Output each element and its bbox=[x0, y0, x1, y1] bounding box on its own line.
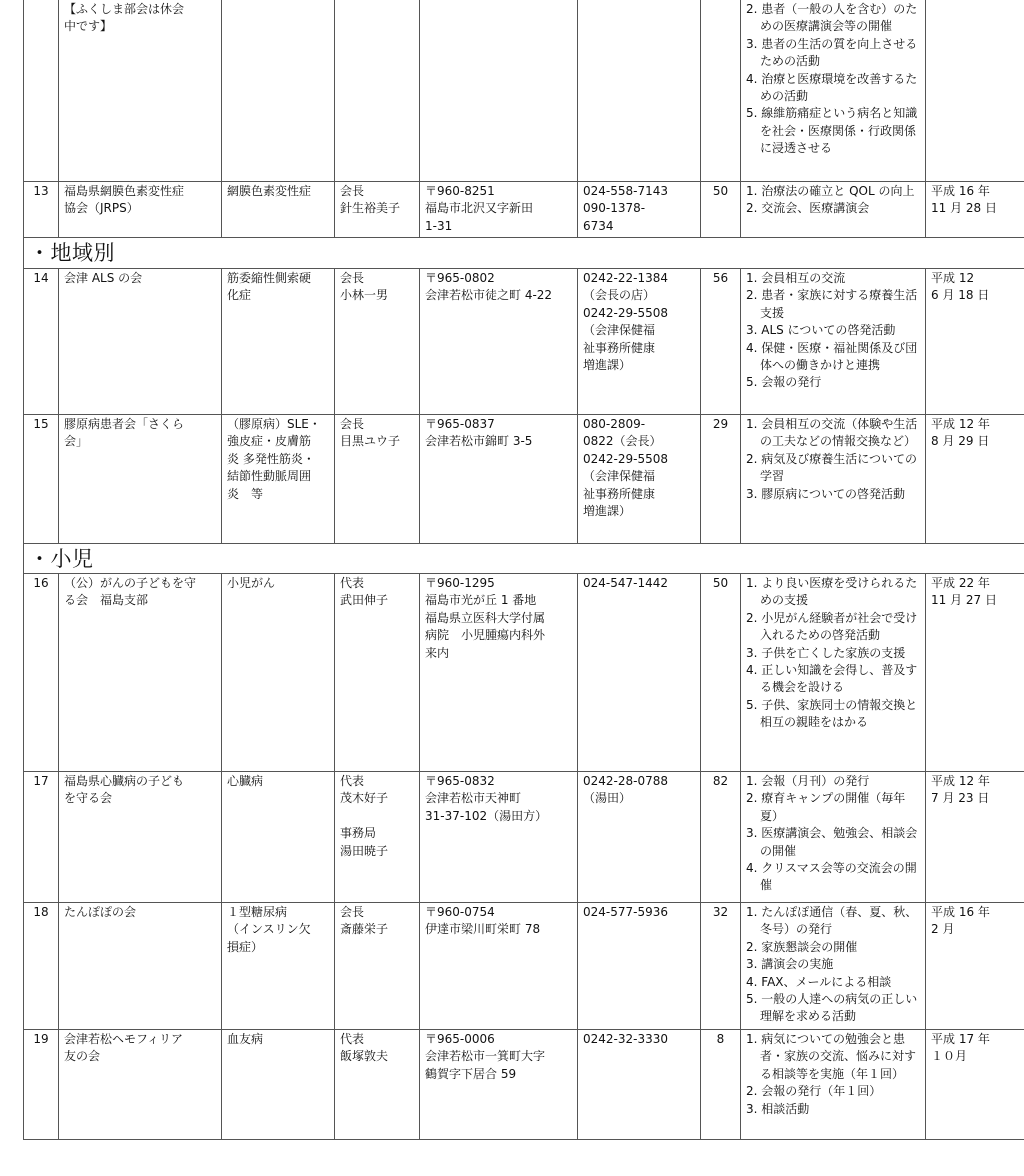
cell-line: 〒960-1295 bbox=[425, 575, 572, 592]
cell-representative: 会長針生裕美子 bbox=[335, 182, 420, 238]
activity-item: 4. 正しい知識を会得し、普及する機会を設ける bbox=[746, 662, 920, 697]
activity-list: 2. 患者（一般の人を含む）のための医療講演会等の開催3. 患者の生活の質を向上… bbox=[746, 1, 920, 158]
cell-disease: （膠原病）SLE・強皮症・皮膚筋炎 多発性筋炎・結節性動脈周囲炎 等 bbox=[222, 415, 335, 544]
cell-activities: 1. 病気についての勉強会と患者・家族の交流、悩みに対する相談等を実施（年１回）… bbox=[741, 1030, 926, 1140]
cell-line: 針生裕美子 bbox=[340, 200, 414, 217]
activity-item: 5. 線維筋痛症という病名と知識を社会・医療関係・行政関係に浸透させる bbox=[746, 105, 920, 157]
cell-line: 福島県網膜色素変性症 bbox=[64, 183, 216, 200]
section-row-region: ・地域別 bbox=[24, 238, 1024, 269]
cell-line: 筋委縮性側索硬 bbox=[227, 270, 329, 287]
cell-line: 膠原病患者会「さくら bbox=[64, 416, 216, 433]
cell-line: 血友病 bbox=[227, 1031, 329, 1048]
cell-association-name: たんぽぽの会 bbox=[59, 903, 222, 1030]
cell-line: 心臓病 bbox=[227, 773, 329, 790]
cell-address bbox=[420, 0, 578, 182]
cell-activities: 2. 患者（一般の人を含む）のための医療講演会等の開催3. 患者の生活の質を向上… bbox=[741, 0, 926, 182]
cell-line: 炎 等 bbox=[227, 486, 329, 503]
cell-line: 会」 bbox=[64, 433, 216, 450]
cell-line: １０月 bbox=[931, 1048, 1024, 1065]
cell-line: 024-547-1442 bbox=[583, 575, 695, 592]
cell-line: 増進課） bbox=[583, 357, 695, 374]
cell-line: 福島県立医科大学付属 bbox=[425, 610, 572, 627]
cell-line: 平成 16 年 bbox=[931, 183, 1024, 200]
cell-representative: 代表飯塚敦夫 bbox=[335, 1030, 420, 1140]
cell-association-name: 福島県網膜色素変性症協会（JRPS） bbox=[59, 182, 222, 238]
cell-association-name: 【ふくしま部会は休会中です】 bbox=[59, 0, 222, 182]
activity-list: 1. 会報（月刊）の発行2. 療育キャンプの開催（毎年夏）3. 医療講演会、勉強… bbox=[746, 773, 920, 895]
section-heading: ・小児 bbox=[24, 544, 1024, 574]
section-row-child: ・小児 bbox=[24, 544, 1024, 574]
cell-line: 友の会 bbox=[64, 1048, 216, 1065]
activity-item: 1. 会報（月刊）の発行 bbox=[746, 773, 920, 790]
activity-item: 1. たんぽぽ通信（春、夏、秋、冬号）の発行 bbox=[746, 904, 920, 939]
cell-disease bbox=[222, 0, 335, 182]
cell-line: 0242-22-1384 bbox=[583, 270, 695, 287]
activity-item: 2. 患者（一般の人を含む）のための医療講演会等の開催 bbox=[746, 1, 920, 36]
cell-line: 湯田暁子 bbox=[340, 843, 414, 860]
cell-line: 小児がん bbox=[227, 575, 329, 592]
cell-line: （インスリン欠 bbox=[227, 921, 329, 938]
activity-item: 1. 会員相互の交流（体験や生活の工夫などの情報交換など） bbox=[746, 416, 920, 451]
cell-address: 〒965-0802会津若松市徒之町 4-22 bbox=[420, 269, 578, 415]
activity-item: 2. 病気及び療養生活についての学習 bbox=[746, 451, 920, 486]
cell-line: 祉事務所健康 bbox=[583, 340, 695, 357]
cell-line: 1-31 bbox=[425, 218, 572, 235]
activity-item: 1. 病気についての勉強会と患者・家族の交流、悩みに対する相談等を実施（年１回） bbox=[746, 1031, 920, 1083]
cell-established-date bbox=[926, 0, 1024, 182]
cell-association-name: 福島県心臓病の子どもを守る会 bbox=[59, 772, 222, 903]
table-row: 15膠原病患者会「さくら会」（膠原病）SLE・強皮症・皮膚筋炎 多発性筋炎・結節… bbox=[24, 415, 1024, 544]
cell-line: 武田伸子 bbox=[340, 592, 414, 609]
cell-number bbox=[24, 0, 59, 182]
cell-disease: 血友病 bbox=[222, 1030, 335, 1140]
cell-line: 斎藤栄子 bbox=[340, 921, 414, 938]
activity-item: 3. 相談活動 bbox=[746, 1101, 920, 1118]
cell-member-count: 32 bbox=[701, 903, 741, 1030]
cell-address: 〒960-1295福島市光が丘 1 番地福島県立医科大学付属病院 小児腫瘍内科外… bbox=[420, 574, 578, 772]
cell-line: 強皮症・皮膚筋 bbox=[227, 433, 329, 450]
cell-line: 〒965-0006 bbox=[425, 1031, 572, 1048]
cell-line: 〒965-0837 bbox=[425, 416, 572, 433]
cell-line: 0822（会長） bbox=[583, 433, 695, 450]
cell-number: 13 bbox=[24, 182, 59, 238]
cell-line: 0242-32-3330 bbox=[583, 1031, 695, 1048]
activity-item: 3. 膠原病についての啓発活動 bbox=[746, 486, 920, 503]
cell-line: 代表 bbox=[340, 773, 414, 790]
cell-line: 8 月 29 日 bbox=[931, 433, 1024, 450]
activity-list: 1. 治療法の確立と QOL の向上2. 交流会、医療講演会 bbox=[746, 183, 920, 218]
cell-line: 7 月 23 日 bbox=[931, 790, 1024, 807]
activity-list: 1. 会員相互の交流（体験や生活の工夫などの情報交換など）2. 病気及び療養生活… bbox=[746, 416, 920, 503]
cell-activities: 1. 会報（月刊）の発行2. 療育キャンプの開催（毎年夏）3. 医療講演会、勉強… bbox=[741, 772, 926, 903]
cell-line: 結節性動脈周囲 bbox=[227, 468, 329, 485]
cell-line: 6 月 18 日 bbox=[931, 287, 1024, 304]
cell-line: 090-1378- bbox=[583, 200, 695, 217]
cell-line: 鶴賀字下居合 59 bbox=[425, 1066, 572, 1083]
cell-line: 会津若松市徒之町 4-22 bbox=[425, 287, 572, 304]
table-body: 【ふくしま部会は休会中です】2. 患者（一般の人を含む）のための医療講演会等の開… bbox=[24, 0, 1024, 1140]
cell-representative: 代表茂木好子事務局湯田暁子 bbox=[335, 772, 420, 903]
table-row: 19会津若松ヘモフィリア友の会血友病代表飯塚敦夫〒965-0006会津若松市一箕… bbox=[24, 1030, 1024, 1140]
cell-line: 会長 bbox=[340, 183, 414, 200]
cell-representative: 会長目黒ユウ子 bbox=[335, 415, 420, 544]
cell-line: 福島市北沢又字新田 bbox=[425, 200, 572, 217]
cell-line: （膠原病）SLE・ bbox=[227, 416, 329, 433]
cell-number: 14 bbox=[24, 269, 59, 415]
cell-line: 024-558-7143 bbox=[583, 183, 695, 200]
cell-address: 〒965-0006会津若松市一箕町大字鶴賀字下居合 59 bbox=[420, 1030, 578, 1140]
activity-item: 4. 治療と医療環境を改善するための活動 bbox=[746, 71, 920, 106]
cell-line: 会津若松市天神町 bbox=[425, 790, 572, 807]
activity-list: 1. 病気についての勉強会と患者・家族の交流、悩みに対する相談等を実施（年１回）… bbox=[746, 1031, 920, 1118]
cell-line: 会長 bbox=[340, 270, 414, 287]
cell-line: （会津保健福 bbox=[583, 468, 695, 485]
cell-line: （湯田） bbox=[583, 790, 695, 807]
cell-number: 16 bbox=[24, 574, 59, 772]
cell-line: 祉事務所健康 bbox=[583, 486, 695, 503]
cell-activities: 1. 会員相互の交流（体験や生活の工夫などの情報交換など）2. 病気及び療養生活… bbox=[741, 415, 926, 544]
cell-association-name: （公）がんの子どもを守る会 福島支部 bbox=[59, 574, 222, 772]
cell-line: 飯塚敦夫 bbox=[340, 1048, 414, 1065]
activity-item: 5. 子供、家族同士の情報交換と相互の親睦をはかる bbox=[746, 697, 920, 732]
cell-line: 【ふくしま部会は休会 bbox=[64, 1, 216, 18]
activity-item: 2. 会報の発行（年１回） bbox=[746, 1083, 920, 1100]
cell-line: 6734 bbox=[583, 218, 695, 235]
cell-disease: １型糖尿病（インスリン欠損症） bbox=[222, 903, 335, 1030]
cell-line: 損症） bbox=[227, 939, 329, 956]
cell-line: 11 月 28 日 bbox=[931, 200, 1024, 217]
activity-item: 1. 会員相互の交流 bbox=[746, 270, 920, 287]
cell-disease: 心臓病 bbox=[222, 772, 335, 903]
cell-member-count: 50 bbox=[701, 574, 741, 772]
cell-representative: 会長斎藤栄子 bbox=[335, 903, 420, 1030]
cell-line: 網膜色素変性症 bbox=[227, 183, 329, 200]
cell-activities: 1. より良い医療を受けられるための支援2. 小児がん経験者が社会で受け入れるた… bbox=[741, 574, 926, 772]
cell-line: 31-37-102（湯田方） bbox=[425, 808, 572, 825]
cell-line: 会津若松ヘモフィリア bbox=[64, 1031, 216, 1048]
cell-line: 〒965-0802 bbox=[425, 270, 572, 287]
cell-line: 事務局 bbox=[340, 825, 414, 842]
cell-line: 平成 12 bbox=[931, 270, 1024, 287]
cell-line: 平成 22 年 bbox=[931, 575, 1024, 592]
cell-line: 化症 bbox=[227, 287, 329, 304]
cell-line: （公）がんの子どもを守 bbox=[64, 575, 216, 592]
cell-member-count: 8 bbox=[701, 1030, 741, 1140]
cell-line: （会津保健福 bbox=[583, 322, 695, 339]
activity-item: 3. 医療講演会、勉強会、相談会の開催 bbox=[746, 825, 920, 860]
section-heading: ・地域別 bbox=[24, 238, 1024, 269]
cell-member-count: 56 bbox=[701, 269, 741, 415]
table-row: 13福島県網膜色素変性症協会（JRPS）網膜色素変性症会長針生裕美子〒960-8… bbox=[24, 182, 1024, 238]
table-row: 16（公）がんの子どもを守る会 福島支部小児がん代表武田伸子〒960-1295福… bbox=[24, 574, 1024, 772]
cell-line: 平成 16 年 bbox=[931, 904, 1024, 921]
cell-disease: 網膜色素変性症 bbox=[222, 182, 335, 238]
patient-association-table: 【ふくしま部会は休会中です】2. 患者（一般の人を含む）のための医療講演会等の開… bbox=[23, 0, 1024, 1140]
cell-established-date: 平成 16 年2 月 bbox=[926, 903, 1024, 1030]
cell-line: 伊達市梁川町栄町 78 bbox=[425, 921, 572, 938]
cell-disease: 筋委縮性側索硬化症 bbox=[222, 269, 335, 415]
cell-line: 会津若松市一箕町大字 bbox=[425, 1048, 572, 1065]
activity-item: 2. 小児がん経験者が社会で受け入れるための啓発活動 bbox=[746, 610, 920, 645]
activity-item: 3. 患者の生活の質を向上させるための活動 bbox=[746, 36, 920, 71]
cell-established-date: 平成 12 年8 月 29 日 bbox=[926, 415, 1024, 544]
activity-list: 1. たんぽぽ通信（春、夏、秋、冬号）の発行2. 家族懇談会の開催3. 講演会の… bbox=[746, 904, 920, 1026]
cell-line: 茂木好子 bbox=[340, 790, 414, 807]
cell-established-date: 平成 12 年7 月 23 日 bbox=[926, 772, 1024, 903]
cell-line: 福島県心臓病の子ども bbox=[64, 773, 216, 790]
cell-line: 会長 bbox=[340, 416, 414, 433]
cell-number: 18 bbox=[24, 903, 59, 1030]
cell-member-count: 29 bbox=[701, 415, 741, 544]
cell-member-count: 50 bbox=[701, 182, 741, 238]
cell-line: 協会（JRPS） bbox=[64, 200, 216, 217]
cell-line: （会長の店） bbox=[583, 287, 695, 304]
activity-item: 4. FAX、メールによる相談 bbox=[746, 974, 920, 991]
cell-line: 来内 bbox=[425, 645, 572, 662]
cell-line: 福島市光が丘 1 番地 bbox=[425, 592, 572, 609]
cell-line bbox=[340, 808, 414, 825]
activity-item: 1. より良い医療を受けられるための支援 bbox=[746, 575, 920, 610]
activity-item: 2. 療育キャンプの開催（毎年夏） bbox=[746, 790, 920, 825]
cell-line: 平成 12 年 bbox=[931, 773, 1024, 790]
cell-line: １型糖尿病 bbox=[227, 904, 329, 921]
cell-address: 〒965-0832会津若松市天神町31-37-102（湯田方） bbox=[420, 772, 578, 903]
activity-item: 5. 一般の人達への病気の正しい理解を求める活動 bbox=[746, 991, 920, 1026]
cell-line: 080-2809- bbox=[583, 416, 695, 433]
cell-line: る会 福島支部 bbox=[64, 592, 216, 609]
cell-association-name: 会津若松ヘモフィリア友の会 bbox=[59, 1030, 222, 1140]
cell-address: 〒965-0837会津若松市錦町 3-5 bbox=[420, 415, 578, 544]
activity-item: 5. 会報の発行 bbox=[746, 374, 920, 391]
cell-line: 11 月 27 日 bbox=[931, 592, 1024, 609]
table-row: 18たんぽぽの会１型糖尿病（インスリン欠損症）会長斎藤栄子〒960-0754伊達… bbox=[24, 903, 1024, 1030]
cell-activities: 1. 治療法の確立と QOL の向上2. 交流会、医療講演会 bbox=[741, 182, 926, 238]
cell-line: 平成 17 年 bbox=[931, 1031, 1024, 1048]
cell-association-name: 会津 ALS の会 bbox=[59, 269, 222, 415]
cell-established-date: 平成 17 年１０月 bbox=[926, 1030, 1024, 1140]
cell-line: 〒960-0754 bbox=[425, 904, 572, 921]
activity-item: 3. ALS についての啓発活動 bbox=[746, 322, 920, 339]
cell-line: 〒960-8251 bbox=[425, 183, 572, 200]
cell-number: 15 bbox=[24, 415, 59, 544]
cell-line: 代表 bbox=[340, 575, 414, 592]
cell-line: 病院 小児腫瘍内科外 bbox=[425, 627, 572, 644]
cell-established-date: 平成 126 月 18 日 bbox=[926, 269, 1024, 415]
cell-line: 炎 多発性筋炎・ bbox=[227, 451, 329, 468]
cell-line: 0242-28-0788 bbox=[583, 773, 695, 790]
cell-phone: 024-547-1442 bbox=[578, 574, 701, 772]
cell-member-count bbox=[701, 0, 741, 182]
cell-activities: 1. 会員相互の交流2. 患者・家族に対する療養生活支援3. ALS についての… bbox=[741, 269, 926, 415]
activity-item: 4. 保健・医療・福祉関係及び団体への働きかけと連携 bbox=[746, 340, 920, 375]
activity-item: 1. 治療法の確立と QOL の向上 bbox=[746, 183, 920, 200]
cell-phone: 080-2809-0822（会長）0242-29-5508（会津保健福祉事務所健… bbox=[578, 415, 701, 544]
cell-line: たんぽぽの会 bbox=[64, 904, 216, 921]
cell-line: 2 月 bbox=[931, 921, 1024, 938]
cell-line: 中です】 bbox=[64, 18, 216, 35]
activity-item: 2. 交流会、医療講演会 bbox=[746, 200, 920, 217]
cell-line: 平成 12 年 bbox=[931, 416, 1024, 433]
cell-line: 代表 bbox=[340, 1031, 414, 1048]
cell-disease: 小児がん bbox=[222, 574, 335, 772]
table-row: 17福島県心臓病の子どもを守る会心臓病代表茂木好子事務局湯田暁子〒965-083… bbox=[24, 772, 1024, 903]
cell-line: 小林一男 bbox=[340, 287, 414, 304]
cell-line: 会長 bbox=[340, 904, 414, 921]
cell-line: 024-577-5936 bbox=[583, 904, 695, 921]
cell-phone: 024-577-5936 bbox=[578, 903, 701, 1030]
cell-line: を守る会 bbox=[64, 790, 216, 807]
cell-representative bbox=[335, 0, 420, 182]
table-row: 14会津 ALS の会筋委縮性側索硬化症会長小林一男〒965-0802会津若松市… bbox=[24, 269, 1024, 415]
table-row: 【ふくしま部会は休会中です】2. 患者（一般の人を含む）のための医療講演会等の開… bbox=[24, 0, 1024, 182]
activity-item: 2. 患者・家族に対する療養生活支援 bbox=[746, 287, 920, 322]
cell-association-name: 膠原病患者会「さくら会」 bbox=[59, 415, 222, 544]
cell-line: 〒965-0832 bbox=[425, 773, 572, 790]
cell-activities: 1. たんぽぽ通信（春、夏、秋、冬号）の発行2. 家族懇談会の開催3. 講演会の… bbox=[741, 903, 926, 1030]
cell-member-count: 82 bbox=[701, 772, 741, 903]
cell-phone: 0242-28-0788（湯田） bbox=[578, 772, 701, 903]
cell-line: 会津 ALS の会 bbox=[64, 270, 216, 287]
cell-address: 〒960-0754伊達市梁川町栄町 78 bbox=[420, 903, 578, 1030]
cell-phone bbox=[578, 0, 701, 182]
cell-representative: 代表武田伸子 bbox=[335, 574, 420, 772]
cell-phone: 024-558-7143090-1378-6734 bbox=[578, 182, 701, 238]
cell-line: 会津若松市錦町 3-5 bbox=[425, 433, 572, 450]
cell-number: 19 bbox=[24, 1030, 59, 1140]
cell-line: 0242-29-5508 bbox=[583, 451, 695, 468]
activity-list: 1. 会員相互の交流2. 患者・家族に対する療養生活支援3. ALS についての… bbox=[746, 270, 920, 392]
activity-item: 3. 子供を亡くした家族の支援 bbox=[746, 645, 920, 662]
activity-item: 4. クリスマス会等の交流会の開催 bbox=[746, 860, 920, 895]
cell-line: 0242-29-5508 bbox=[583, 305, 695, 322]
cell-phone: 0242-22-1384（会長の店）0242-29-5508（会津保健福祉事務所… bbox=[578, 269, 701, 415]
activity-item: 2. 家族懇談会の開催 bbox=[746, 939, 920, 956]
cell-established-date: 平成 22 年11 月 27 日 bbox=[926, 574, 1024, 772]
cell-line: 増進課） bbox=[583, 503, 695, 520]
cell-phone: 0242-32-3330 bbox=[578, 1030, 701, 1140]
activity-item: 3. 講演会の実施 bbox=[746, 956, 920, 973]
cell-established-date: 平成 16 年11 月 28 日 bbox=[926, 182, 1024, 238]
cell-number: 17 bbox=[24, 772, 59, 903]
cell-representative: 会長小林一男 bbox=[335, 269, 420, 415]
cell-address: 〒960-8251福島市北沢又字新田1-31 bbox=[420, 182, 578, 238]
activity-list: 1. より良い医療を受けられるための支援2. 小児がん経験者が社会で受け入れるた… bbox=[746, 575, 920, 732]
cell-line: 目黒ユウ子 bbox=[340, 433, 414, 450]
